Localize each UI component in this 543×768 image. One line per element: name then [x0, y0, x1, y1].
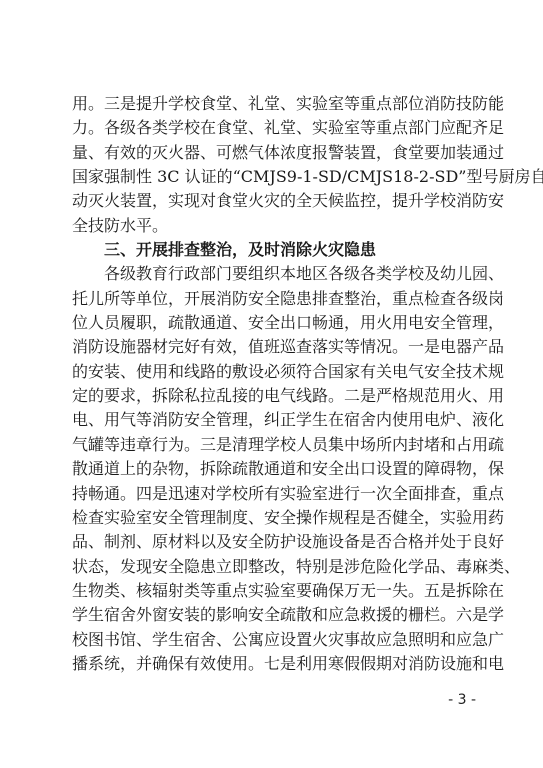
text-line: 状态，发现安全隐患立即整改，特别是涉危险化学品、毒麻类、	[72, 555, 472, 579]
text-line: 动灭火装置，实现对食堂火灾的全天候监控，提升学校消防安	[72, 189, 472, 213]
text-line: 电、用气等消防安全管理，纠正学生在宿舍内使用电炉、液化	[72, 408, 472, 432]
text-line: 全技防水平。	[72, 214, 472, 238]
text-line: 学生宿舍外窗安装的影响安全疏散和应急救援的栅栏。六是学	[72, 603, 472, 627]
text-line: 播系统，并确保有效使用。七是利用寒假假期对消防设施和电	[72, 652, 472, 676]
page-number: - 3 -	[436, 690, 476, 710]
text-line: 校图书馆、学生宿舍、公寓应设置火灾事故应急照明和应急广	[72, 628, 472, 652]
text-line: 气罐等违章行为。三是清理学校人员集中场所内封堵和占用疏	[72, 433, 472, 457]
section-heading: 三、开展排查整治，及时消除火灾隐患	[72, 238, 472, 262]
text-line: 用。三是提升学校食堂、礼堂、实验室等重点部位消防技防能	[72, 92, 472, 116]
text-line: 消防设施器材完好有效，值班巡查落实等情况。一是电器产品	[72, 335, 472, 359]
text-line: 的安装、使用和线路的敷设必须符合国家有关电气安全技术规	[72, 360, 472, 384]
text-line: 量、有效的灭火器、可燃气体浓度报警装置，食堂要加装通过	[72, 141, 472, 165]
text-line: 生物类、核辐射类等重点实验室要确保万无一失。五是拆除在	[72, 579, 472, 603]
text-line: 定的要求，拆除私拉乱接的电气线路。二是严格规范用火、用	[72, 384, 472, 408]
text-line: 检查实验室安全管理制度、安全操作规程是否健全，实验用药	[72, 506, 472, 530]
text-line: 力。各级各类学校在食堂、礼堂、实验室等重点部门应配齐足	[72, 116, 472, 140]
text-line: 国家强制性 3C 认证的“CMJS9-1-SD/CMJS18-2-SD”型号厨房…	[72, 165, 472, 189]
text-line: 持畅通。四是迅速对学校所有实验室进行一次全面排查，重点	[72, 482, 472, 506]
text-line: 位人员履职，疏散通道、安全出口畅通，用火用电安全管理，	[72, 311, 472, 335]
text-line: 品、制剂、原材料以及安全防护设施设备是否合格并处于良好	[72, 530, 472, 554]
paragraph-first-line: 各级教育行政部门要组织本地区各级各类学校及幼儿园、	[72, 262, 472, 286]
text-line: 托儿所等单位，开展消防安全隐患排查整治，重点检查各级岗	[72, 287, 472, 311]
document-page: 用。三是提升学校食堂、礼堂、实验室等重点部位消防技防能 力。各级各类学校在食堂、…	[0, 0, 543, 768]
body-text: 用。三是提升学校食堂、礼堂、实验室等重点部位消防技防能 力。各级各类学校在食堂、…	[72, 92, 472, 676]
text-line: 散通道上的杂物，拆除疏散通道和安全出口设置的障碍物，保	[72, 457, 472, 481]
